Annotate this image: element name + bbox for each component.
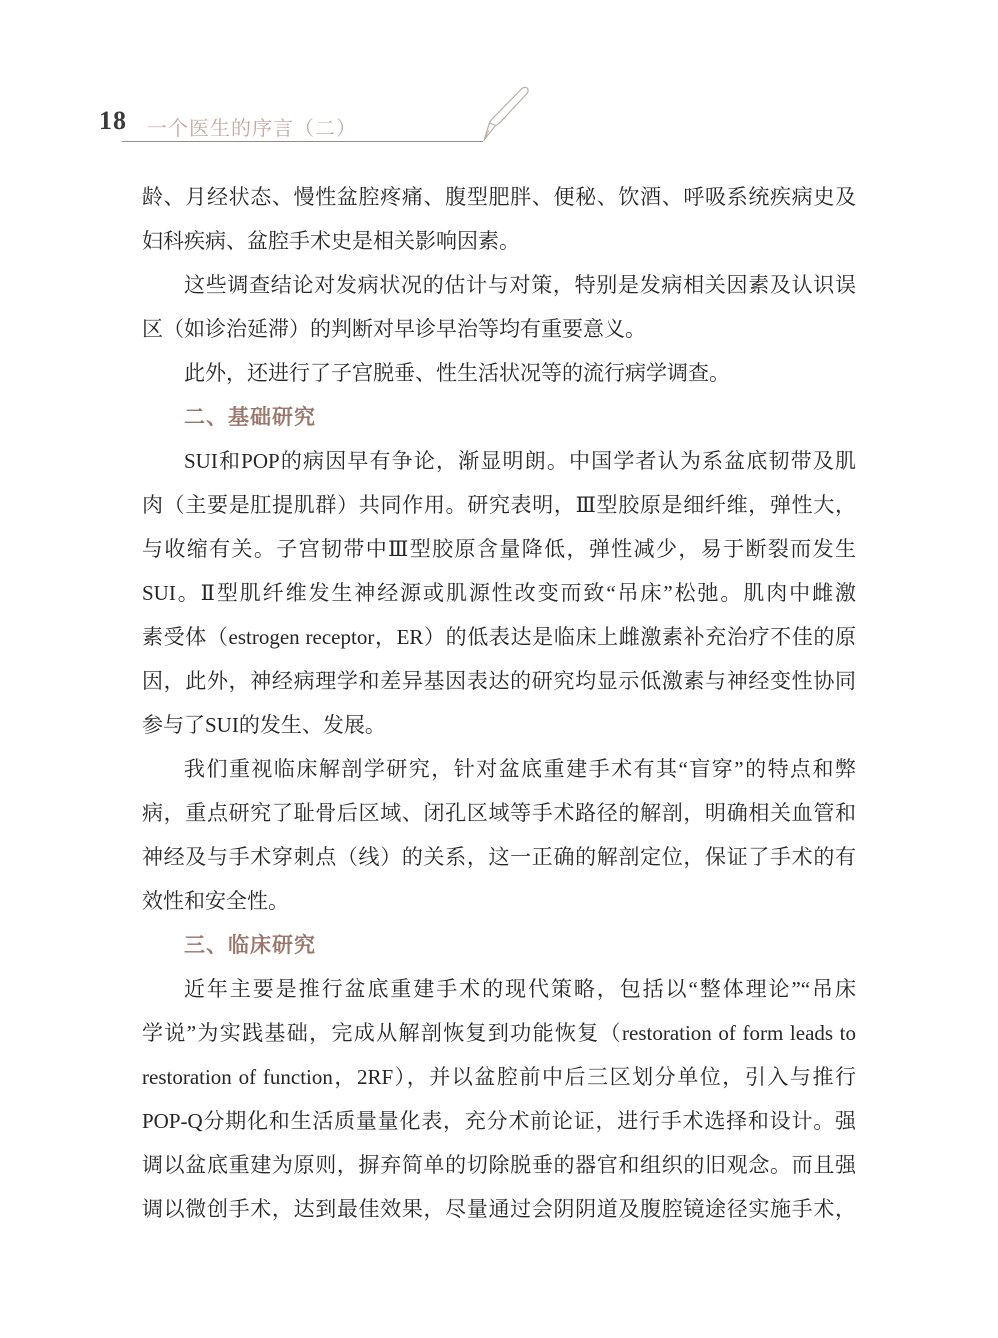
text-line: 病，重点研究了耻骨后区域、闭孔区域等手术路径的解剖，明确相关血管和 bbox=[142, 791, 856, 835]
text-line: 调以盆底重建为原则，摒弃简单的切除脱垂的器官和组织的旧观念。而且强 bbox=[142, 1143, 856, 1187]
book-page: 18 一个医生的序言（二） 龄、月经状态、慢性盆腔疼痛、腹型肥胖、便秘、饮酒、呼… bbox=[0, 0, 998, 1338]
text-line: POP-Q分期化和生活质量量化表，充分术前论证，进行手术选择和设计。强 bbox=[142, 1099, 856, 1143]
text-line: 调以微创手术，达到最佳效果，尽量通过会阴阴道及腹腔镜途径实施手术， bbox=[142, 1187, 856, 1231]
running-head: 一个医生的序言（二） bbox=[147, 112, 357, 141]
section-heading: 二、基础研究 bbox=[142, 395, 856, 439]
text-line: 区（如诊治延滞）的判断对早诊早治等均有重要意义。 bbox=[142, 307, 856, 351]
text-line: 因，此外，神经病理学和差异基因表达的研究均显示低激素与神经变性协同 bbox=[142, 659, 856, 703]
text-line: 神经及与手术穿刺点（线）的关系，这一正确的解剖定位，保证了手术的有 bbox=[142, 835, 856, 879]
text-line: 我们重视临床解剖学研究，针对盆底重建手术有其“盲穿”的特点和弊 bbox=[142, 747, 856, 791]
text-line: 素受体（estrogen receptor，ER）的低表达是临床上雌激素补充治疗… bbox=[142, 615, 856, 659]
text-line: 这些调查结论对发病状况的估计与对策，特别是发病相关因素及认识误 bbox=[142, 263, 856, 307]
text-line: SUI。Ⅱ型肌纤维发生神经源或肌源性改变而致“吊床”松弛。肌肉中雌激 bbox=[142, 571, 856, 615]
header-rule bbox=[122, 141, 483, 142]
section-heading: 三、临床研究 bbox=[142, 923, 856, 967]
text-line: restoration of function，2RF），并以盆腔前中后三区划分… bbox=[142, 1055, 856, 1099]
text-line: 此外，还进行了子宫脱垂、性生活状况等的流行病学调查。 bbox=[142, 351, 856, 395]
text-line: 效性和安全性。 bbox=[142, 879, 856, 923]
page-number: 18 bbox=[99, 106, 127, 136]
body-text: 龄、月经状态、慢性盆腔疼痛、腹型肥胖、便秘、饮酒、呼吸系统疾病史及妇科疾病、盆腔… bbox=[142, 175, 856, 1231]
text-line: 龄、月经状态、慢性盆腔疼痛、腹型肥胖、便秘、饮酒、呼吸系统疾病史及 bbox=[142, 175, 856, 219]
text-line: 近年主要是推行盆底重建手术的现代策略，包括以“整体理论”“吊床 bbox=[142, 967, 856, 1011]
text-line: 与收缩有关。子宫韧带中Ⅲ型胶原含量降低，弹性减少，易于断裂而发生 bbox=[142, 527, 856, 571]
text-line: 参与了SUI的发生、发展。 bbox=[142, 703, 856, 747]
text-line: SUI和POP的病因早有争论，渐显明朗。中国学者认为系盆底韧带及肌 bbox=[142, 439, 856, 483]
pen-icon bbox=[477, 85, 539, 145]
text-line: 学说”为实践基础，完成从解剖恢复到功能恢复（restoration of for… bbox=[142, 1011, 856, 1055]
text-line: 妇科疾病、盆腔手术史是相关影响因素。 bbox=[142, 219, 856, 263]
text-line: 肉（主要是肛提肌群）共同作用。研究表明，Ⅲ型胶原是细纤维，弹性大， bbox=[142, 483, 856, 527]
